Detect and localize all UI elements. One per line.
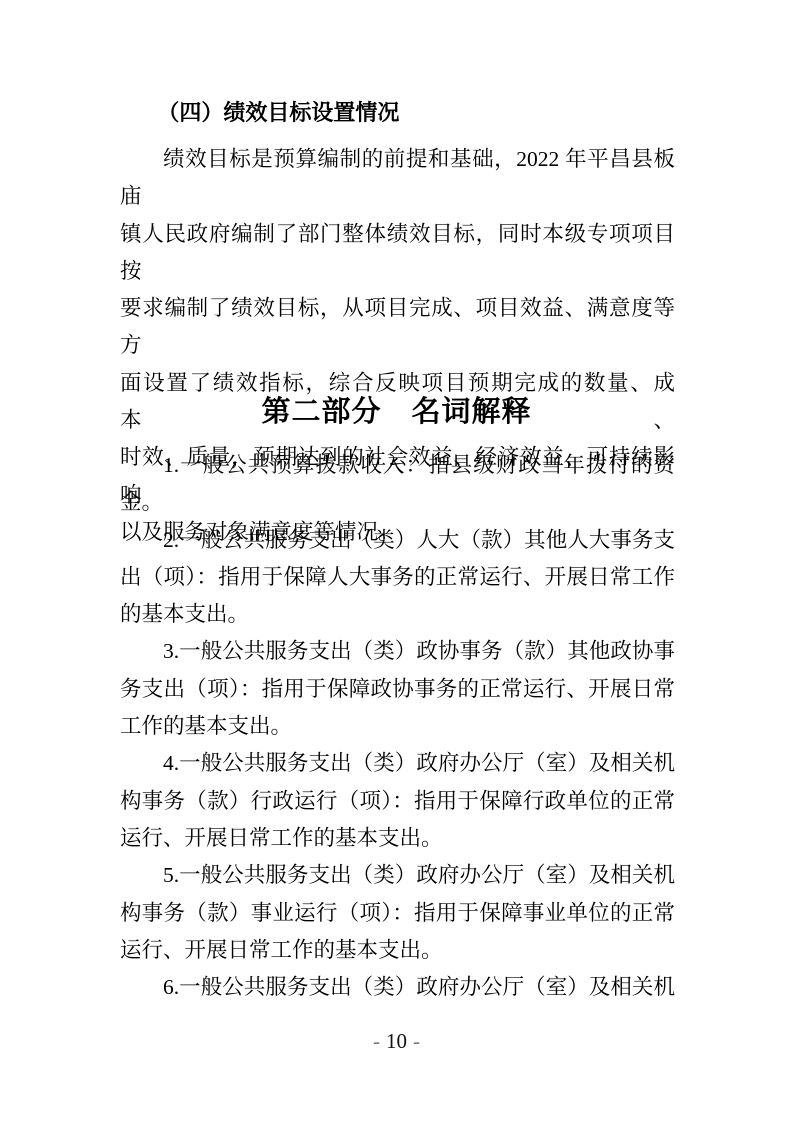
definition-line: 5.一般公共服务支出（类）政府办公厅（室）及相关机 <box>120 857 675 894</box>
definition-line: 工作的基本支出。 <box>120 708 675 745</box>
section-heading: （四）绩效目标设置情况 <box>120 96 675 127</box>
definition-line: 运行、开展日常工作的基本支出。 <box>120 820 675 857</box>
definition-line: 2.一般公共服务支出（类）人大（款）其他人大事务支 <box>120 522 675 559</box>
page-number: 10 <box>386 1029 407 1053</box>
definition-line: 4.一般公共服务支出（类）政府办公厅（室）及相关机 <box>120 745 675 782</box>
definition-line: 构事务（款）行政运行（项）：指用于保障行政单位的正常 <box>120 783 675 820</box>
page-footer: -10- <box>0 1029 793 1054</box>
definition-line: 出（项）：指用于保障人大事务的正常运行、开展日常工作 <box>120 559 675 596</box>
paragraph-line: 镇人民政府编制了部门整体绩效目标，同时本级专项项目按 <box>120 216 675 291</box>
definition-line: 务支出（项）：指用于保障政协事务的正常运行、开展日常 <box>120 671 675 708</box>
definition-item: 3.一般公共服务支出（类）政协事务（款）其他政协事 务支出（项）：指用于保障政协… <box>120 633 675 745</box>
definition-item: 5.一般公共服务支出（类）政府办公厅（室）及相关机 构事务（款）事业运行（项）：… <box>120 857 675 969</box>
definition-line: 构事务（款）事业运行（项）：指用于保障事业单位的正常 <box>120 895 675 932</box>
paragraph-line: 绩效目标是预算编制的前提和基础，2022 年平昌县板庙 <box>120 141 675 216</box>
definition-line: 运行、开展日常工作的基本支出。 <box>120 932 675 969</box>
footer-dash-right: - <box>407 1029 426 1053</box>
part-title: 第二部分 名词解释 <box>0 389 793 430</box>
document-page: （四）绩效目标设置情况 绩效目标是预算编制的前提和基础，2022 年平昌县板庙 … <box>0 0 793 1122</box>
definition-item: 4.一般公共服务支出（类）政府办公厅（室）及相关机 构事务（款）行政运行（项）：… <box>120 745 675 857</box>
definitions-list: 1.一般公共预算拨款收入：指县级财政当年拨付的资 金。 2.一般公共服务支出（类… <box>120 447 675 1006</box>
definition-item: 2.一般公共服务支出（类）人大（款）其他人大事务支 出（项）：指用于保障人大事务… <box>120 522 675 634</box>
definition-line: 的基本支出。 <box>120 596 675 633</box>
definition-line: 3.一般公共服务支出（类）政协事务（款）其他政协事 <box>120 633 675 670</box>
footer-dash-left: - <box>367 1029 386 1053</box>
definition-item: 6.一般公共服务支出（类）政府办公厅（室）及相关机 <box>120 969 675 1006</box>
definition-line: 1.一般公共预算拨款收入：指县级财政当年拨付的资 <box>120 447 675 484</box>
definition-line: 金。 <box>120 484 675 521</box>
definition-item: 1.一般公共预算拨款收入：指县级财政当年拨付的资 金。 <box>120 447 675 522</box>
definition-line: 6.一般公共服务支出（类）政府办公厅（室）及相关机 <box>120 969 675 1006</box>
paragraph-line: 要求编制了绩效目标，从项目完成、项目效益、满意度等方 <box>120 290 675 365</box>
